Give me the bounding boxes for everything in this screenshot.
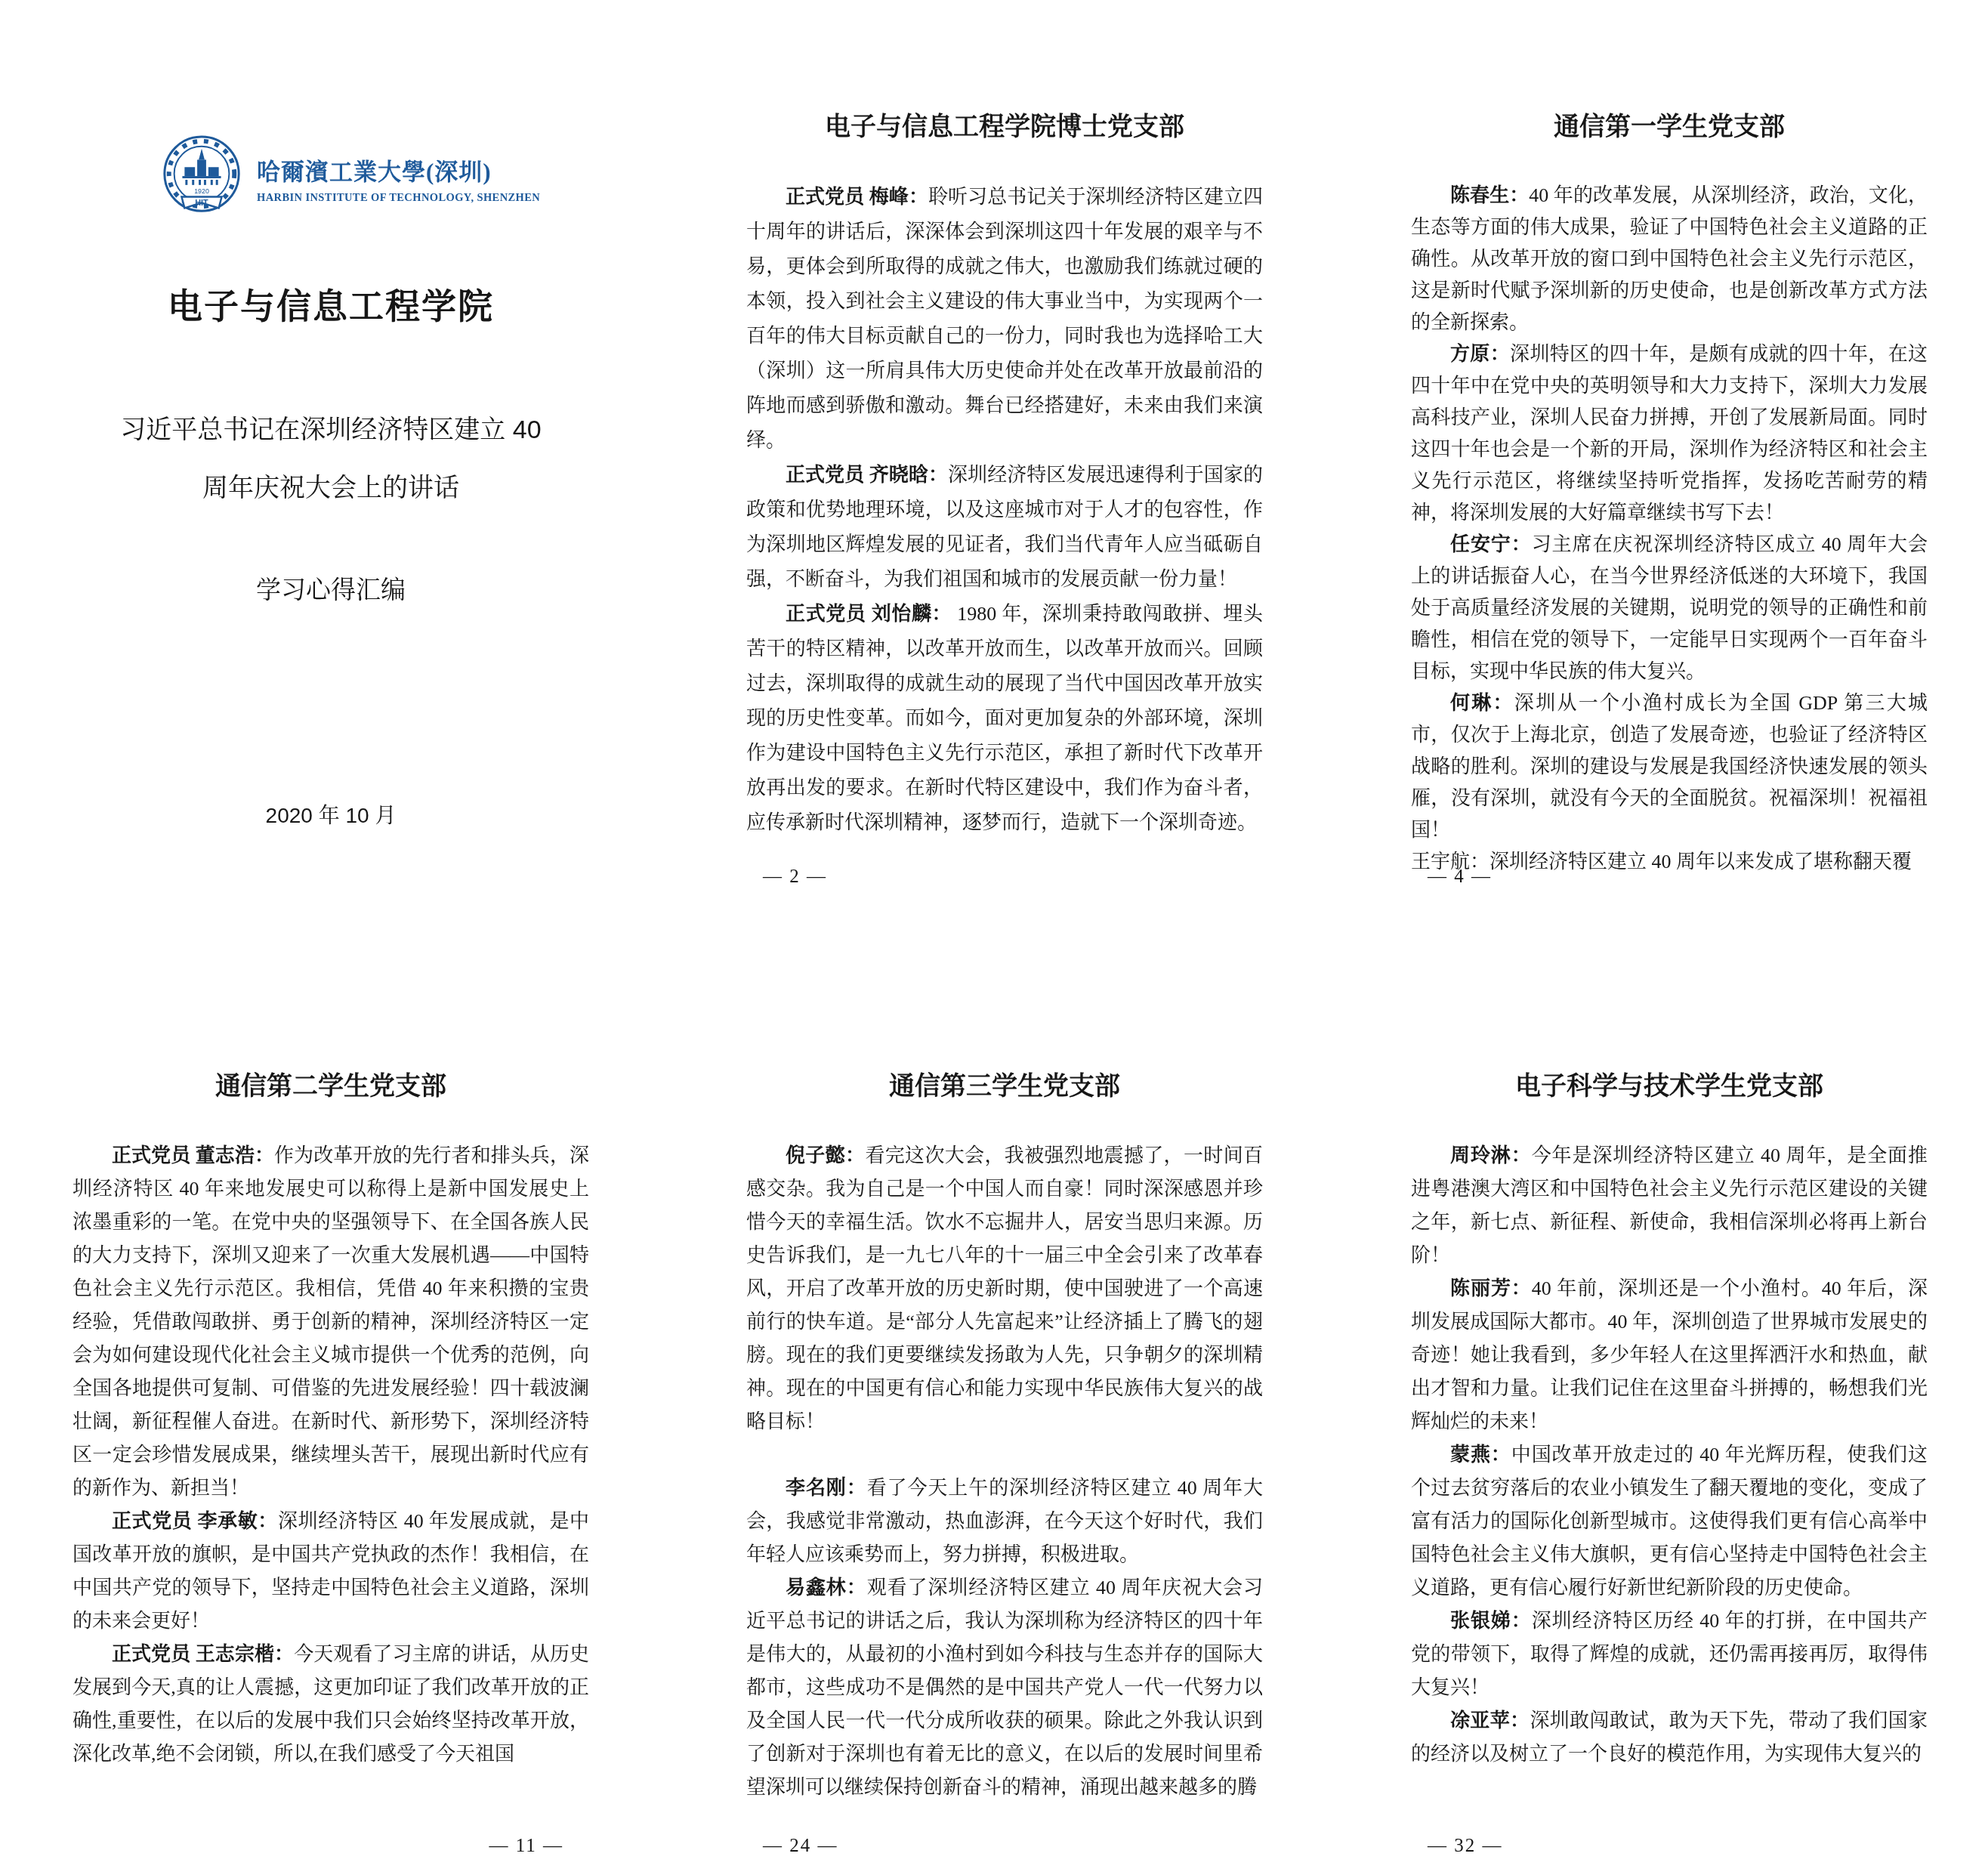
testimonial-text: 习主席在庆祝深圳经济特区成立 40 周年大会上的讲话振奋人心，在当今世界经济低迷…: [1411, 533, 1928, 682]
speaker-name: 正式党员 梅峰：: [786, 186, 928, 208]
page-body: 周玲淋：今年是深圳经济特区建立 40 周年，是全面推进粤港澳大湾区和中国特色社会…: [1411, 1139, 1928, 1771]
testimonial-text: 看完这次大会，我被强烈地震撼了，一时间百感交杂。我为自己是一个中国人而自豪！同时…: [746, 1144, 1263, 1432]
page-number: — 24 —: [763, 1836, 838, 1857]
hit-banner-label: HIT: [195, 199, 208, 208]
page-number: — 2 —: [763, 866, 827, 888]
testimonial-paragraph: 李名刚：看了今天上午的深圳经济特区建立 40 周年大会，我感觉非常激动，热血澎湃…: [746, 1472, 1263, 1571]
testimonial-text: 深圳从一个小渔村成长为全国 GDP 第三大城市，仅次于上海北京，创造了发展奇迹，…: [1411, 692, 1928, 841]
branch-title: 通信第三学生党支部: [746, 1069, 1263, 1105]
testimonial-paragraph: 正式党员 刘怡麟： 1980 年，深圳秉持敢闯敢拼、埋头苦干的特区精神，以改革开…: [746, 597, 1263, 840]
testimonial-paragraph: 易鑫林：观看了深圳经济特区建立 40 周年庆祝大会习近平总书记的讲话之后，我认为…: [746, 1571, 1263, 1804]
speaker-name: 陈春生：: [1450, 184, 1529, 206]
school-title: 电子与信息工程学院: [73, 279, 589, 329]
branch-title: 通信第二学生党支部: [73, 1069, 589, 1105]
speaker-name: 倪子懿：: [786, 1144, 865, 1166]
speaker-name: 正式党员 董志浩：: [112, 1144, 274, 1166]
cover-subheading: 学习心得汇编: [73, 570, 589, 606]
speaker-name: 正式党员 王志宗楷：: [112, 1643, 294, 1665]
testimonial-text: 观看了深圳经济特区建立 40 周年庆祝大会习近平总书记的讲话之后，我认为深圳称为…: [746, 1577, 1263, 1798]
testimonial-paragraph: 倪子懿：看完这次大会，我被强烈地震撼了，一时间百感交杂。我为自己是一个中国人而自…: [746, 1139, 1263, 1438]
logo-text-block: 哈爾濱工業大學(深圳) HARBIN INSTITUTE OF TECHNOLO…: [257, 153, 540, 205]
cover-date: 2020 年 10 月: [73, 799, 589, 829]
page-body: 正式党员 梅峰：聆听习总书记关于深圳经济特区建立四十周年的讲话后，深深体会到深圳…: [746, 180, 1263, 840]
testimonial-paragraph: 方原：深圳特区的四十年，是颇有成就的四十年，在这四十年中在党中央的英明领导和大力…: [1411, 338, 1928, 529]
testimonial-text: 1980 年，深圳秉持敢闯敢拼、埋头苦干的特区精神，以改革开放而生，以改革开放而…: [746, 603, 1263, 833]
hit-logo: 1920 HIT 哈爾濱工業大學(深圳) HARBIN INSTITUTE OF…: [157, 134, 589, 223]
speaker-name: 张银娣：: [1450, 1610, 1532, 1632]
testimonial-paragraph: 正式党员 梅峰：聆听习总书记关于深圳经济特区建立四十周年的讲话后，深深体会到深圳…: [746, 180, 1263, 458]
testimonial-text: 中国改革开放走过的 40 年光辉历程，使我们这个过去贫穷落后的农业小镇发生了翻天…: [1411, 1444, 1928, 1599]
page-doctoral-branch: 电子与信息工程学院博士党支部 正式党员 梅峰：聆听习总书记关于深圳经济特区建立四…: [746, 64, 1263, 888]
page-est-branch: 电子科学与技术学生党支部 周玲淋：今年是深圳经济特区建立 40 周年，是全面推进…: [1411, 1043, 1928, 1857]
testimonial-paragraph: 张银娣：深圳经济特区历经 40 年的打拼，在中国共产党的带领下，取得了辉煌的成就…: [1411, 1605, 1928, 1704]
page-number: — 11 —: [489, 1836, 563, 1857]
speaker-name: 蒙燕：: [1450, 1444, 1511, 1466]
testimonial-paragraph: 正式党员 董志浩：作为改革开放的先行者和排头兵，深圳经济特区 40 年来地发展史…: [73, 1139, 589, 1505]
testimonial-paragraph: 陈丽芳：40 年前，深圳还是一个小渔村。40 年后，深圳发展成国际大都市。40 …: [1411, 1272, 1928, 1438]
branch-title: 电子与信息工程学院博士党支部: [746, 110, 1263, 146]
cover-subtitle-line1: 习近平总书记在深圳经济特区建立 40: [73, 409, 589, 446]
hit-emblem-icon: 1920 HIT: [157, 134, 246, 223]
page-comm-branch-2: 通信第二学生党支部 正式党员 董志浩：作为改革开放的先行者和排头兵，深圳经济特区…: [73, 1043, 589, 1857]
page-comm-branch-1: 通信第一学生党支部 陈春生：40 年的改革发展，从深圳经济，政治，文化，生态等方…: [1411, 64, 1928, 888]
testimonial-paragraph: 凃亚苹：深圳敢闯敢试，敢为天下先，带动了我们国家的经济以及树立了一个良好的模范作…: [1411, 1704, 1928, 1771]
speaker-name: 何琳：: [1450, 692, 1514, 714]
branch-title: 通信第一学生党支部: [1411, 110, 1928, 146]
testimonial-paragraph: 任安宁：习主席在庆祝深圳经济特区成立 40 周年大会上的讲话振奋人心，在当今世界…: [1411, 529, 1928, 687]
speaker-name: 正式党员 李承敏：: [112, 1510, 278, 1532]
testimonial-text: 40 年的改革发展，从深圳经济，政治，文化，生态等方面的伟大成果，验证了中国特色…: [1411, 184, 1928, 333]
university-name-en: HARBIN INSTITUTE OF TECHNOLOGY, SHENZHEN: [257, 192, 540, 205]
speaker-name: 陈丽芳：: [1450, 1277, 1532, 1299]
page-body: 正式党员 董志浩：作为改革开放的先行者和排头兵，深圳经济特区 40 年来地发展史…: [73, 1139, 589, 1771]
branch-title: 电子科学与技术学生党支部: [1411, 1069, 1928, 1105]
speaker-name: 周玲淋：: [1450, 1144, 1532, 1166]
page-number: — 32 —: [1428, 1836, 1503, 1857]
speaker-name: 正式党员 刘怡麟：: [786, 603, 952, 625]
testimonial-paragraph: 何琳：深圳从一个小渔村成长为全国 GDP 第三大城市，仅次于上海北京，创造了发展…: [1411, 687, 1928, 846]
speaker-name: 正式党员 齐晓晗：: [786, 464, 948, 486]
testimonial-text: 40 年前，深圳还是一个小渔村。40 年后，深圳发展成国际大都市。40 年，深圳…: [1411, 1277, 1928, 1432]
testimonial-text: 深圳经济特区建立 40 周年以来发成了堪称翻天覆: [1489, 851, 1912, 873]
testimonial-paragraph: 陈春生：40 年的改革发展，从深圳经济，政治，文化，生态等方面的伟大成果，验证了…: [1411, 180, 1928, 338]
testimonial-paragraph: 正式党员 齐晓晗：深圳经济特区发展迅速得利于国家的政策和优势地理环境，以及这座城…: [746, 458, 1263, 597]
testimonial-text: 聆听习总书记关于深圳经济特区建立四十周年的讲话后，深深体会到深圳这四十年发展的艰…: [746, 186, 1263, 451]
founding-year-label: 1920: [194, 187, 209, 195]
speaker-name: 易鑫林：: [786, 1577, 867, 1599]
page-number: — 4 —: [1428, 866, 1492, 888]
page-body: 陈春生：40 年的改革发展，从深圳经济，政治，文化，生态等方面的伟大成果，验证了…: [1411, 180, 1928, 878]
page-comm-branch-3: 通信第三学生党支部 倪子懿：看完这次大会，我被强烈地震撼了，一时间百感交杂。我为…: [746, 1043, 1263, 1857]
testimonial-paragraph: 正式党员 李承敏：深圳经济特区 40 年发展成就，是中国改革开放的旗帜，是中国共…: [73, 1505, 589, 1638]
testimonial-paragraph: 正式党员 王志宗楷：今天观看了习主席的讲话，从历史发展到今天,真的让人震撼，这更…: [73, 1638, 589, 1771]
testimonial-paragraph: 周玲淋：今年是深圳经济特区建立 40 周年，是全面推进粤港澳大湾区和中国特色社会…: [1411, 1139, 1928, 1272]
testimonial-text: 深圳特区的四十年，是颇有成就的四十年，在这四十年中在党中央的英明领导和大力支持下…: [1411, 343, 1928, 524]
cover-page: 1920 HIT 哈爾濱工業大學(深圳) HARBIN INSTITUTE OF…: [73, 64, 589, 884]
speaker-name: 李名刚：: [786, 1477, 867, 1499]
cover-subtitle-line2: 周年庆祝大会上的讲话: [73, 467, 589, 504]
testimonial-paragraph: 蒙燕：中国改革开放走过的 40 年光辉历程，使我们这个过去贫穷落后的农业小镇发生…: [1411, 1438, 1928, 1605]
speaker-name: 任安宁：: [1450, 533, 1532, 555]
building-icon: [182, 149, 221, 185]
speaker-name: 凃亚苹：: [1450, 1710, 1530, 1731]
testimonial-text: 作为改革开放的先行者和排头兵，深圳经济特区 40 年来地发展史可以称得上是新中国…: [73, 1144, 589, 1499]
page-body: 倪子懿：看完这次大会，我被强烈地震撼了，一时间百感交杂。我为自己是一个中国人而自…: [746, 1139, 1263, 1804]
speaker-name: 方原：: [1450, 343, 1510, 365]
university-name-cn: 哈爾濱工業大學(深圳): [257, 153, 540, 187]
